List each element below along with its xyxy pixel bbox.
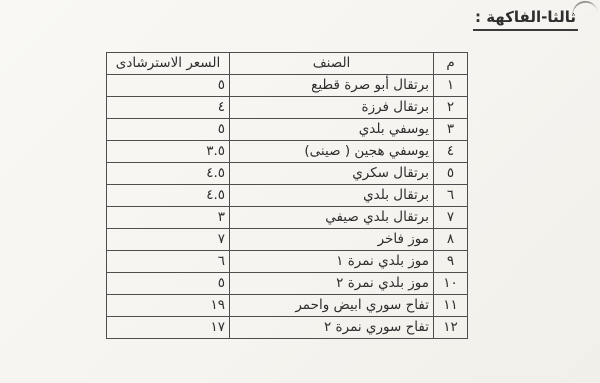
row-price-cell: ٤.٥ bbox=[107, 163, 230, 185]
row-number-cell: ١٠ bbox=[434, 273, 468, 295]
row-number-cell: ١ bbox=[434, 75, 468, 97]
row-item-cell: برتقال فرزة bbox=[230, 97, 434, 119]
row-item-cell: برتقال أبو صرة قطيع bbox=[230, 75, 434, 97]
price-table-body: ١ برتقال أبو صرة قطيع ٥ ٢ برتقال فرزة ٤ … bbox=[107, 75, 468, 339]
row-item-cell: تفاح سوري ابيض واحمر bbox=[230, 295, 434, 317]
row-price-cell: ٤ bbox=[107, 97, 230, 119]
row-price-cell: ٧ bbox=[107, 229, 230, 251]
row-number-cell: ٧ bbox=[434, 207, 468, 229]
row-item-cell: يوسفي بلدي bbox=[230, 119, 434, 141]
row-price-cell: ٣.٥ bbox=[107, 141, 230, 163]
row-item-cell: موز فاخر bbox=[230, 229, 434, 251]
row-number-cell: ١١ bbox=[434, 295, 468, 317]
row-number-cell: ٥ bbox=[434, 163, 468, 185]
row-item-cell: موز بلدي نمرة ١ bbox=[230, 251, 434, 273]
row-item-cell: يوسفي هجين ( صينى) bbox=[230, 141, 434, 163]
table-row: ٥ برتقال سكري ٤.٥ bbox=[107, 163, 468, 185]
header-row: م الصنف السعر الاسترشادى bbox=[107, 53, 468, 75]
row-number-cell: ٤ bbox=[434, 141, 468, 163]
row-number-cell: ٢ bbox=[434, 97, 468, 119]
table-row: ٩ موز بلدي نمرة ١ ٦ bbox=[107, 251, 468, 273]
col-header-price: السعر الاسترشادى bbox=[107, 53, 230, 75]
section-title: ثالثا-الفاكهة : bbox=[473, 8, 578, 31]
table-row: ٤ يوسفي هجين ( صينى) ٣.٥ bbox=[107, 141, 468, 163]
row-price-cell: ٥ bbox=[107, 273, 230, 295]
row-number-cell: ١٢ bbox=[434, 317, 468, 339]
table-row: ١ برتقال أبو صرة قطيع ٥ bbox=[107, 75, 468, 97]
table-row: ٢ برتقال فرزة ٤ bbox=[107, 97, 468, 119]
row-price-cell: ٤.٥ bbox=[107, 185, 230, 207]
col-header-number: م bbox=[434, 53, 468, 75]
row-price-cell: ٥ bbox=[107, 119, 230, 141]
col-header-item: الصنف bbox=[230, 53, 434, 75]
table-row: ٣ يوسفي بلدي ٥ bbox=[107, 119, 468, 141]
row-number-cell: ٣ bbox=[434, 119, 468, 141]
row-price-cell: ٦ bbox=[107, 251, 230, 273]
row-price-cell: ٣ bbox=[107, 207, 230, 229]
row-item-cell: برتقال سكري bbox=[230, 163, 434, 185]
price-table-header: م الصنف السعر الاسترشادى bbox=[107, 53, 468, 75]
table-row: ٨ موز فاخر ٧ bbox=[107, 229, 468, 251]
row-price-cell: ٥ bbox=[107, 75, 230, 97]
table-row: ٧ برتقال بلدي صيفي ٣ bbox=[107, 207, 468, 229]
row-item-cell: برتقال بلدي صيفي bbox=[230, 207, 434, 229]
table-row: ١١ تفاح سوري ابيض واحمر ١٩ bbox=[107, 295, 468, 317]
row-item-cell: موز بلدي نمرة ٢ bbox=[230, 273, 434, 295]
row-item-cell: برتقال بلدي bbox=[230, 185, 434, 207]
row-number-cell: ٩ bbox=[434, 251, 468, 273]
price-table: م الصنف السعر الاسترشادى ١ برتقال أبو صر… bbox=[106, 52, 468, 339]
row-item-cell: تفاح سوري نمرة ٢ bbox=[230, 317, 434, 339]
row-price-cell: ١٩ bbox=[107, 295, 230, 317]
scanned-document-page: ثالثا-الفاكهة : م الصنف السعر الاسترشادى… bbox=[0, 0, 600, 383]
row-price-cell: ١٧ bbox=[107, 317, 230, 339]
table-row: ١٠ موز بلدي نمرة ٢ ٥ bbox=[107, 273, 468, 295]
table-row: ١٢ تفاح سوري نمرة ٢ ١٧ bbox=[107, 317, 468, 339]
table-row: ٦ برتقال بلدي ٤.٥ bbox=[107, 185, 468, 207]
row-number-cell: ٨ bbox=[434, 229, 468, 251]
row-number-cell: ٦ bbox=[434, 185, 468, 207]
